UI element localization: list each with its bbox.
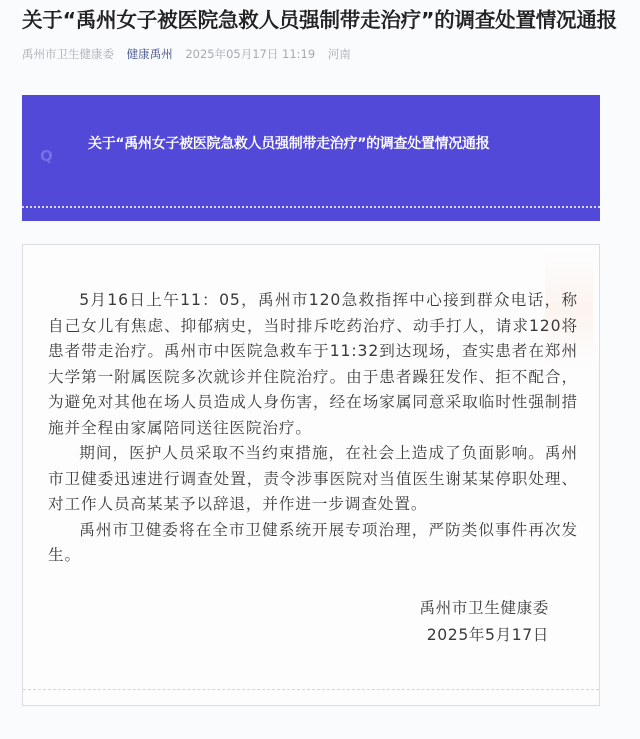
signature-org: 禹州市卫生健康委 <box>419 595 549 622</box>
article-title: 关于“禹州女子被医院急救人员强制带走治疗”的调查处置情况通报 <box>22 6 632 34</box>
meta-datetime: 2025年05月17日 11:19 <box>185 47 315 61</box>
signature-date: 2025年5月17日 <box>419 622 549 649</box>
notice-signature: 禹州市卫生健康委 2025年5月17日 <box>419 595 549 649</box>
notice-card: 5月16日上午11：05，禹州市120急救指挥中心接到群众电话，称自己女儿有焦虑… <box>22 244 600 706</box>
card-dashed-divider <box>23 689 599 690</box>
article-page: 关于“禹州女子被医院急救人员强制带走治疗”的调查处置情况通报 禹州市卫生健康委 … <box>0 0 640 739</box>
meta-account-link[interactable]: 健康禹州 <box>127 47 173 61</box>
meta-location: 河南 <box>328 47 351 61</box>
meta-source: 禹州市卫生健康委 <box>22 47 114 61</box>
notice-paragraph: 5月16日上午11：05，禹州市120急救指挥中心接到群众电话，称自己女儿有焦虑… <box>48 288 578 441</box>
notice-paragraph: 禹州市卫健委将在全市卫健系统开展专项治理，严防类似事件再次发生。 <box>48 518 578 569</box>
banner-dotted-divider <box>22 206 600 208</box>
notice-body: 5月16日上午11：05，禹州市120急救指挥中心接到群众电话，称自己女儿有焦虑… <box>48 288 578 569</box>
notice-paragraph: 期间，医护人员采取不当约束措施，在社会上造成了负面影响。禹州市卫健委迅速进行调查… <box>48 441 578 518</box>
notice-banner-image: Q 关于“禹州女子被医院急救人员强制带走治疗”的调查处置情况通报 <box>22 95 600 221</box>
q-icon: Q <box>40 147 53 165</box>
article-meta: 禹州市卫生健康委 健康禹州 2025年05月17日 11:19 河南 <box>22 46 360 62</box>
banner-title: 关于“禹州女子被医院急救人员强制带走治疗”的调查处置情况通报 <box>88 133 489 153</box>
